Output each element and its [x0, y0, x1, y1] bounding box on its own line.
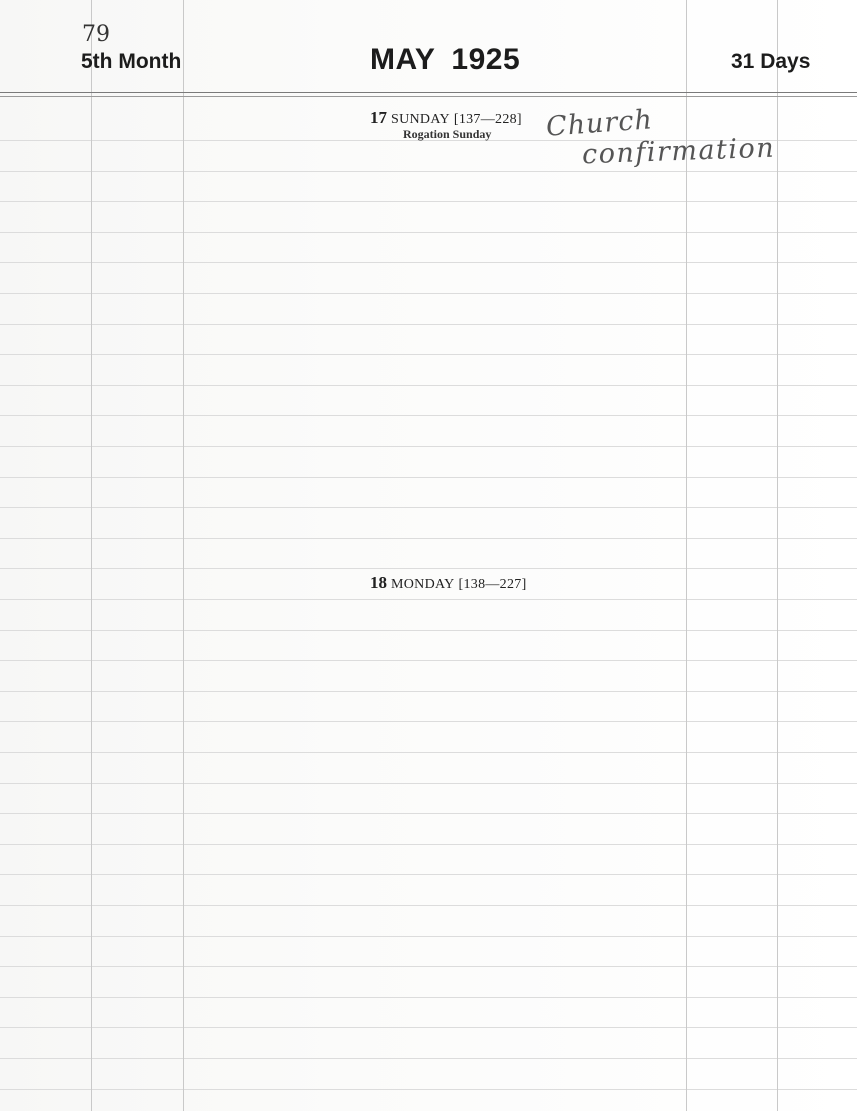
ruled-line — [0, 691, 857, 692]
column-line-2 — [777, 0, 778, 1111]
ruled-line — [0, 568, 857, 569]
ruled-line — [0, 966, 857, 967]
day-number: 18 — [370, 573, 387, 592]
ruled-line — [0, 752, 857, 753]
days-count: 31 Days — [731, 50, 810, 74]
ruled-line — [0, 232, 857, 233]
day-name: SUNDAY — [391, 112, 450, 127]
ruled-line — [0, 262, 857, 263]
ruled-line — [0, 293, 857, 294]
margin-line-2 — [183, 0, 184, 1111]
day-of-year: [138—227] — [459, 577, 527, 592]
ruled-line — [0, 324, 857, 325]
ruled-line — [0, 783, 857, 784]
header-rule-bottom — [0, 96, 857, 97]
ruled-line — [0, 415, 857, 416]
margin-line-1 — [91, 0, 92, 1111]
title-month: MAY — [370, 43, 435, 76]
ruled-line — [0, 201, 857, 202]
day-number: 17 — [370, 108, 387, 127]
day-name: MONDAY — [391, 577, 455, 592]
page-number: 79 — [82, 22, 110, 47]
ruled-line — [0, 354, 857, 355]
ruled-line — [0, 507, 857, 508]
ruled-line — [0, 874, 857, 875]
ruled-line — [0, 171, 857, 172]
ruled-line — [0, 997, 857, 998]
ruled-line — [0, 721, 857, 722]
ruled-line — [0, 477, 857, 478]
ruled-line — [0, 813, 857, 814]
ruled-line — [0, 1058, 857, 1059]
ruled-line — [0, 1027, 857, 1028]
page-title: MAY1925 — [370, 43, 520, 77]
ruled-line — [0, 660, 857, 661]
header-rule-top — [0, 92, 857, 93]
ruled-line — [0, 905, 857, 906]
month-label: 5th Month — [81, 50, 181, 74]
ruled-line — [0, 538, 857, 539]
ruled-line — [0, 446, 857, 447]
ruled-line — [0, 844, 857, 845]
day-of-year: [137—228] — [454, 112, 522, 127]
ruled-line — [0, 385, 857, 386]
day-subtitle: Rogation Sunday — [403, 127, 522, 142]
title-year: 1925 — [451, 43, 520, 76]
day-entry-17: 17 SUNDAY [137—228] Rogation Sunday — [370, 108, 522, 142]
ruled-line — [0, 936, 857, 937]
diary-page: 79 5th Month MAY1925 31 Days 17 SUNDAY [… — [0, 0, 857, 1111]
handwritten-note: confirmation — [582, 133, 776, 171]
ruled-line — [0, 630, 857, 631]
ruled-line — [0, 599, 857, 600]
ruled-line — [0, 1089, 857, 1090]
day-entry-18: 18 MONDAY [138—227] — [370, 573, 527, 593]
